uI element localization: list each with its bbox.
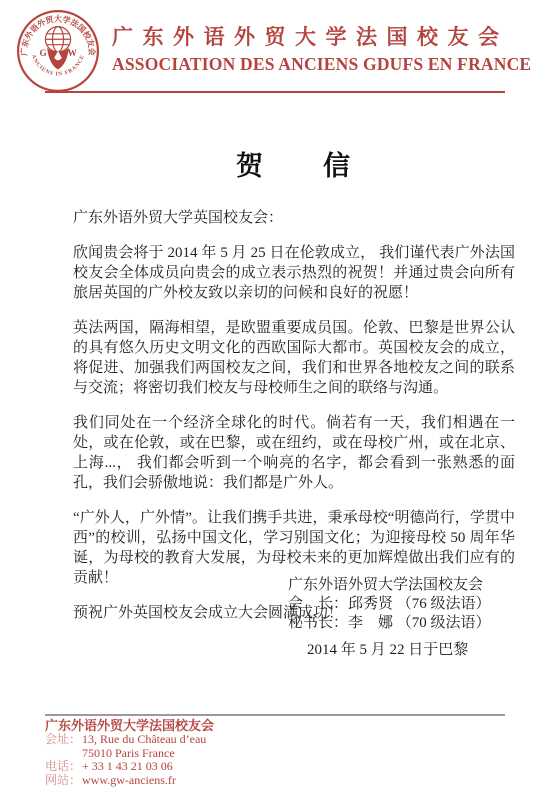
letter-paragraph: 英法两国，隔海相望，是欧盟重要成员国。伦敦、巴黎是世界公认的具有悠久历史文明文化… bbox=[73, 318, 515, 398]
signature-date: 2014 年 5 月 22 日于巴黎 bbox=[307, 641, 491, 660]
seal-letter-g: G bbox=[40, 48, 47, 58]
footer-address-value: 13, Rue du Château d’eau bbox=[82, 732, 206, 746]
signature-secretary: 秘书长：李 娜 （70 级法语） bbox=[288, 614, 491, 633]
seal-ring-text-cn: 广东外语外贸大学法国校友会 bbox=[19, 14, 97, 56]
letterhead: 广东外语外贸大学法国校友会 ASSOCIATION DES ANCIENS GD… bbox=[112, 24, 531, 75]
letterhead-org-name-fr: ASSOCIATION DES ANCIENS GDUFS EN FRANCE bbox=[112, 53, 531, 75]
letterhead-org-name-cn: 广东外语外贸大学法国校友会 bbox=[112, 24, 531, 50]
footer: 广东外语外贸大学法国校友会 会址：13, Rue du Château d’ea… bbox=[45, 714, 505, 787]
footer-phone-value: + 33 1 43 21 03 06 bbox=[82, 759, 173, 773]
letter-page: 广东外语外贸大学法国校友会 ANCIENS IN FRANCE G W 广东外语… bbox=[0, 0, 550, 797]
signature-block: 广东外语外贸大学法国校友会 会 长：邱秀贤 （76 级法语） 秘书长：李 娜 （… bbox=[288, 576, 491, 660]
signature-president: 会 长：邱秀贤 （76 级法语） bbox=[288, 595, 491, 614]
salutation: 广东外语外贸大学英国校友会： bbox=[73, 208, 515, 228]
footer-address-row2: 75010 Paris France bbox=[45, 747, 505, 761]
letter-content: 贺 信 广东外语外贸大学英国校友会： 欣闻贵会将于 2014 年 5 月 25 … bbox=[73, 150, 515, 623]
footer-phone-row: 电话：+ 33 1 43 21 03 06 bbox=[45, 760, 505, 774]
footer-website-row: 网站：www.gw-anciens.fr bbox=[45, 774, 505, 788]
seal-letter-w: W bbox=[68, 48, 78, 58]
svg-text:广东外语外贸大学法国校友会: 广东外语外贸大学法国校友会 bbox=[19, 14, 97, 56]
footer-website-label: 网站： bbox=[45, 774, 82, 788]
association-seal-logo: 广东外语外贸大学法国校友会 ANCIENS IN FRANCE G W bbox=[16, 9, 100, 93]
globe-icon bbox=[45, 27, 70, 52]
footer-address-value2: 75010 Paris France bbox=[82, 746, 175, 760]
footer-website-value: www.gw-anciens.fr bbox=[82, 773, 176, 787]
footer-address-row: 会址：13, Rue du Château d’eau bbox=[45, 733, 505, 747]
footer-divider-rule bbox=[45, 714, 505, 716]
footer-address-label: 会址： bbox=[45, 733, 82, 747]
header-divider-rule bbox=[45, 91, 505, 93]
letter-paragraph: 欣闻贵会将于 2014 年 5 月 25 日在伦敦成立， 我们谨代表广外法国校友… bbox=[73, 243, 515, 303]
letter-title: 贺 信 bbox=[73, 150, 515, 182]
footer-phone-label: 电话： bbox=[45, 760, 82, 774]
letter-paragraph: 我们同处在一个经济全球化的时代。倘若有一天，我们相遇在一处，或在伦敦，或在巴黎，… bbox=[73, 413, 515, 493]
footer-org-name: 广东外语外贸大学法国校友会 bbox=[45, 718, 505, 733]
signature-org: 广东外语外贸大学法国校友会 bbox=[288, 576, 491, 595]
